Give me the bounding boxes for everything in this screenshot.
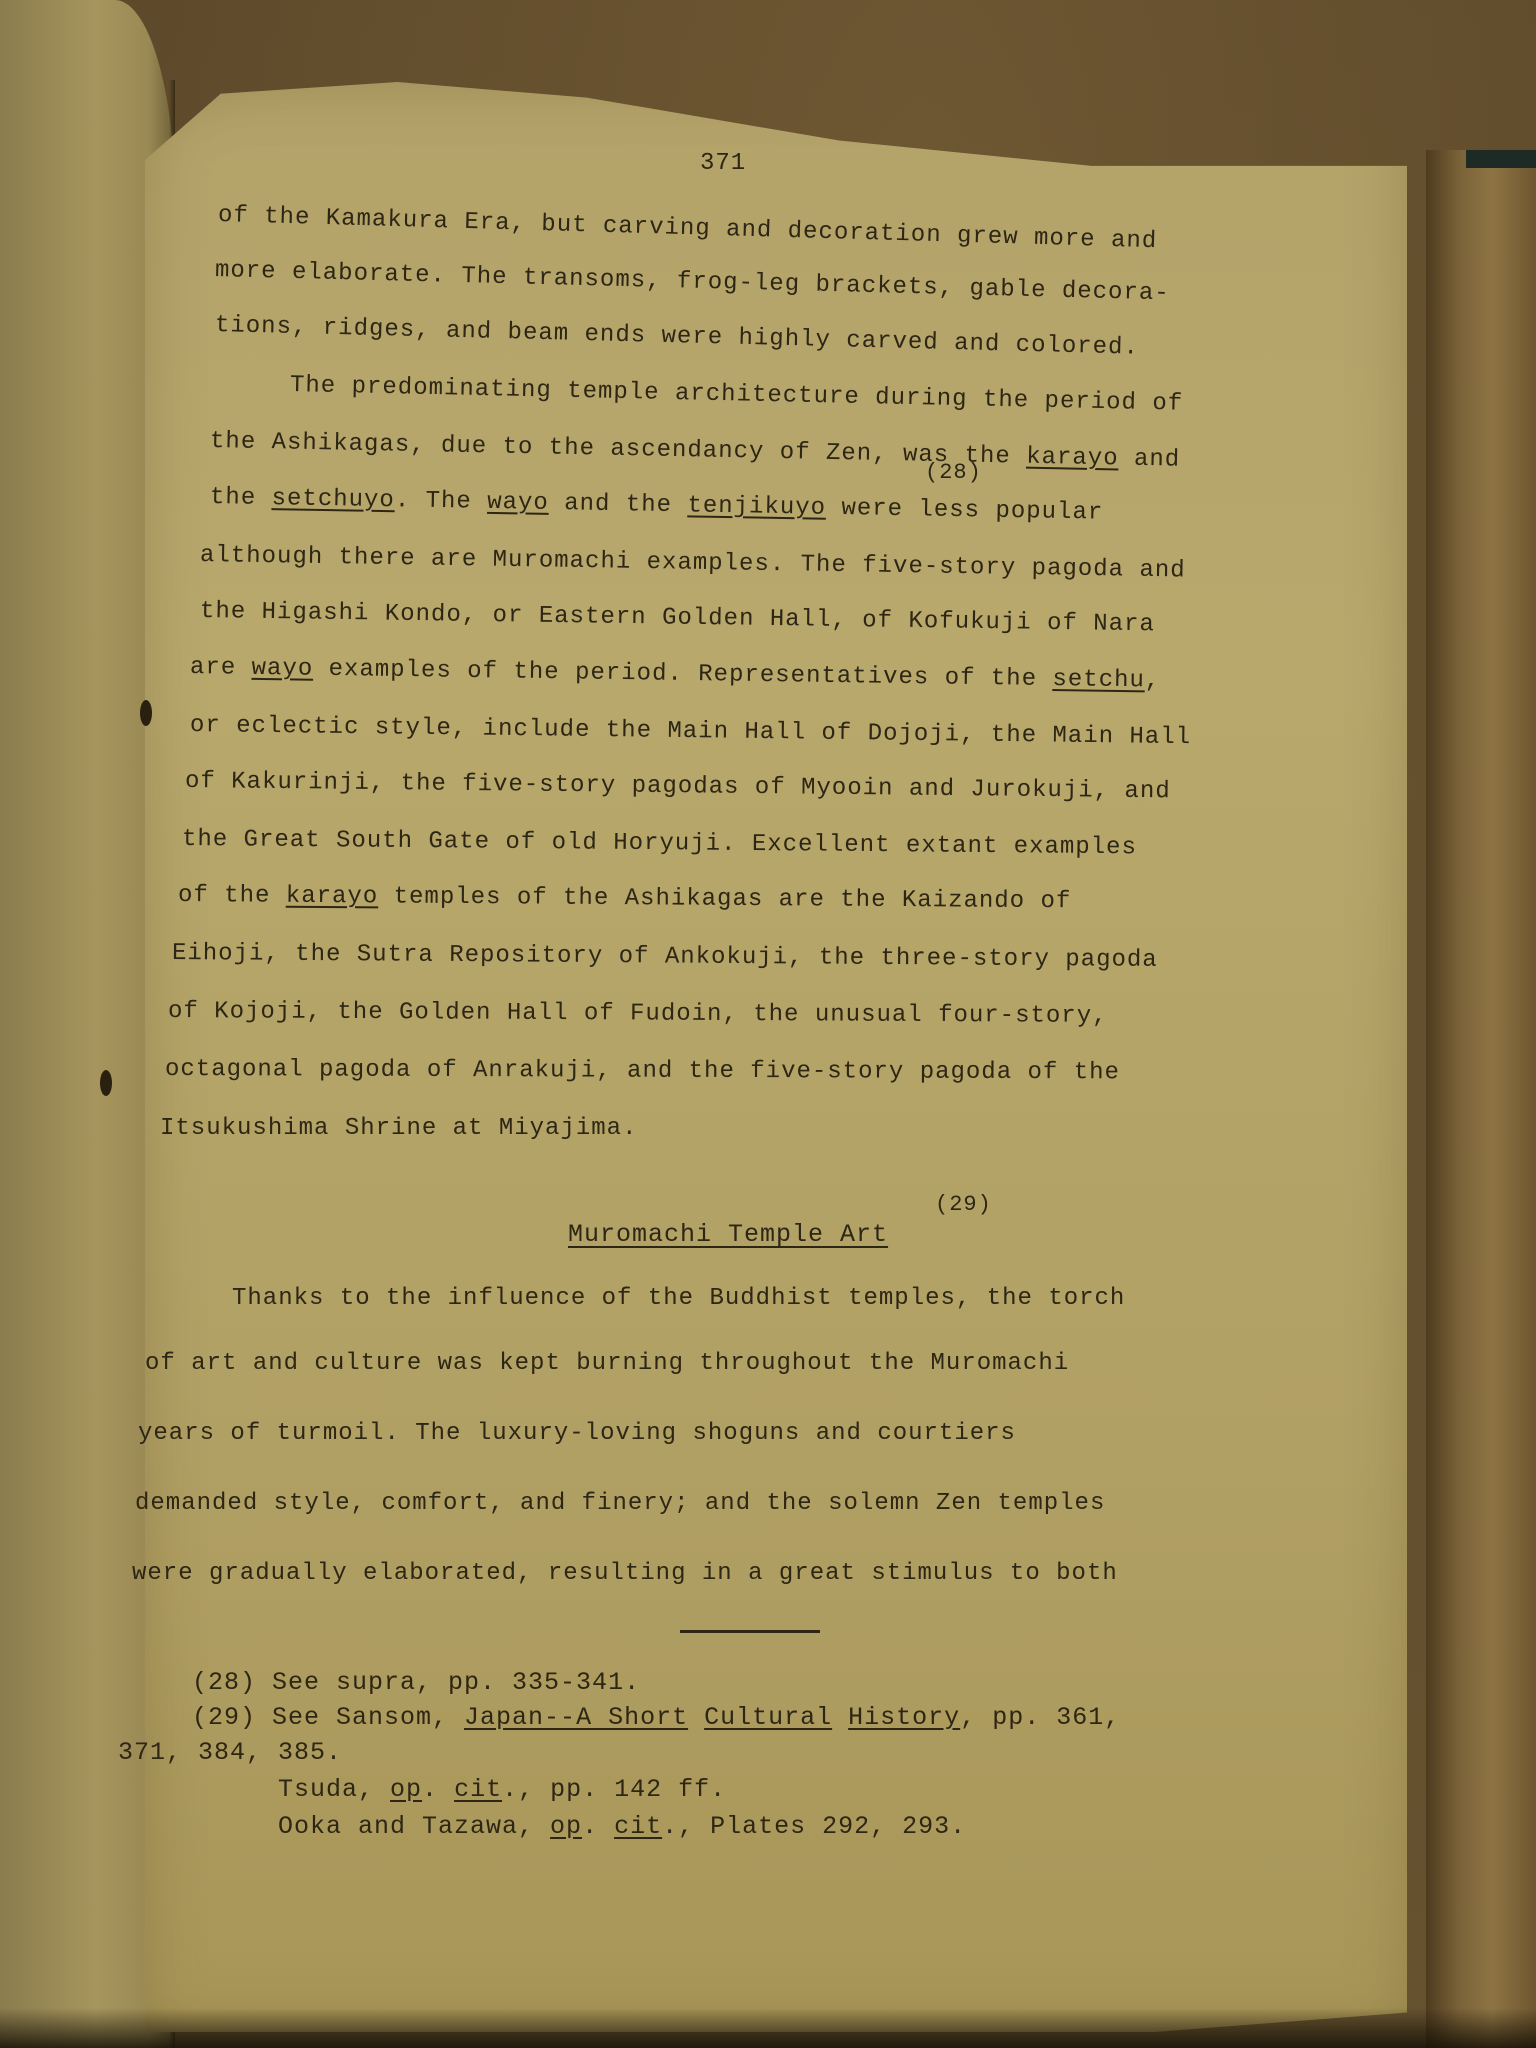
body-line: or eclectic style, include the Main Hall… [190, 712, 1191, 751]
text-span: and the [549, 490, 688, 519]
footnote-ref-28: (28) [925, 460, 982, 485]
text-span: were less popular [826, 495, 1104, 527]
abbr-cit: cit [454, 1775, 502, 1804]
footnote-tsuda: Tsuda, op. cit., pp. 142 ff. [278, 1775, 726, 1804]
body-line: tions, ridges, and beam ends were highly… [215, 312, 1140, 362]
section-heading: Muromachi Temple Art [568, 1220, 888, 1249]
term-setchuyo: setchuyo [271, 485, 395, 514]
section-line: were gradually elaborated, resulting in … [132, 1560, 1118, 1587]
text-span: examples of the period. Representatives … [313, 656, 1053, 693]
text-span: are [190, 654, 252, 682]
text-span: temples of the Ashikagas are the Kaizand… [378, 883, 1071, 915]
footnote-divider [680, 1630, 820, 1633]
text-span: Ooka and Tazawa, [278, 1812, 550, 1841]
section-line: years of turmoil. The luxury-loving shog… [138, 1420, 1016, 1447]
text-span: Tsuda, [278, 1775, 390, 1804]
term-setchu: setchu [1052, 666, 1145, 694]
text-span: ., Plates 292, 293. [662, 1812, 966, 1841]
body-line: of the Kamakura Era, but carving and dec… [218, 202, 1158, 255]
footnote-ooka: Ooka and Tazawa, op. cit., Plates 292, 2… [278, 1812, 966, 1841]
footnote-29: (29) See Sansom, Japan--A Short Cultural… [192, 1703, 1120, 1732]
text-span: the [210, 484, 272, 512]
text-span: the Ashikagas, due to the ascendancy of … [210, 428, 1027, 471]
text-span: of the [178, 882, 286, 910]
body-line: Itsukushima Shrine at Miyajima. [160, 1115, 637, 1142]
section-line: demanded style, comfort, and finery; and… [135, 1490, 1105, 1517]
footnote-28: (28) See supra, pp. 335-341. [192, 1668, 640, 1697]
body-line: of the karayo temples of the Ashikagas a… [178, 882, 1072, 915]
text-span: ., pp. 142 ff. [502, 1775, 726, 1804]
body-line: octagonal pagoda of Anrakuji, and the fi… [165, 1056, 1120, 1086]
body-line: the Ashikagas, due to the ascendancy of … [210, 428, 1181, 474]
body-line: are wayo examples of the period. Represe… [190, 654, 1161, 695]
footnote-ref-29: (29) [935, 1192, 992, 1217]
text-span: and [1118, 445, 1180, 473]
body-line: of Kakurinji, the five-story pagodas of … [185, 768, 1171, 805]
term-wayo: wayo [251, 655, 313, 683]
body-line: although there are Muromachi examples. T… [200, 542, 1186, 584]
body-line: Eihoji, the Sutra Repository of Ankokuji… [172, 940, 1158, 974]
section-line: Thanks to the influence of the Buddhist … [232, 1285, 1125, 1312]
text-span: , [1145, 667, 1161, 694]
term-karayo: karayo [1026, 444, 1119, 473]
page-number: 371 [700, 150, 746, 177]
text-span: . The [395, 487, 488, 516]
abbr-cit: cit [614, 1812, 662, 1841]
body-line: more elaborate. The transoms, frog-leg b… [215, 257, 1170, 307]
term-tenjikuyo: tenjikuyo [687, 492, 826, 521]
text-span [832, 1703, 848, 1732]
book-title: History [848, 1703, 960, 1732]
body-line: the setchuyo. The wayo and the tenjikuyo… [210, 484, 1104, 527]
section-line: of art and culture was kept burning thro… [145, 1350, 1069, 1377]
body-line: the Great South Gate of old Horyuji. Exc… [182, 826, 1137, 861]
book-title: Japan--A Short [464, 1703, 688, 1732]
abbr-op: op [390, 1775, 422, 1804]
footnote-29-cont: 371, 384, 385. [118, 1738, 342, 1767]
abbr-op: op [550, 1812, 582, 1841]
body-line: The predominating temple architecture du… [290, 372, 1184, 418]
text-span [688, 1703, 704, 1732]
term-karayo: karayo [286, 883, 379, 911]
body-line: the Higashi Kondo, or Eastern Golden Hal… [200, 598, 1155, 638]
text-span: . [422, 1775, 454, 1804]
page-text: 371 of the Kamakura Era, but carving and… [0, 0, 1536, 2048]
text-span: , pp. 361, [960, 1703, 1120, 1732]
term-wayo: wayo [487, 489, 549, 517]
body-line: of Kojoji, the Golden Hall of Fudoin, th… [168, 998, 1108, 1030]
text-span: . [582, 1812, 614, 1841]
book-title: Cultural [704, 1703, 832, 1732]
text-span: (29) See Sansom, [192, 1703, 464, 1732]
